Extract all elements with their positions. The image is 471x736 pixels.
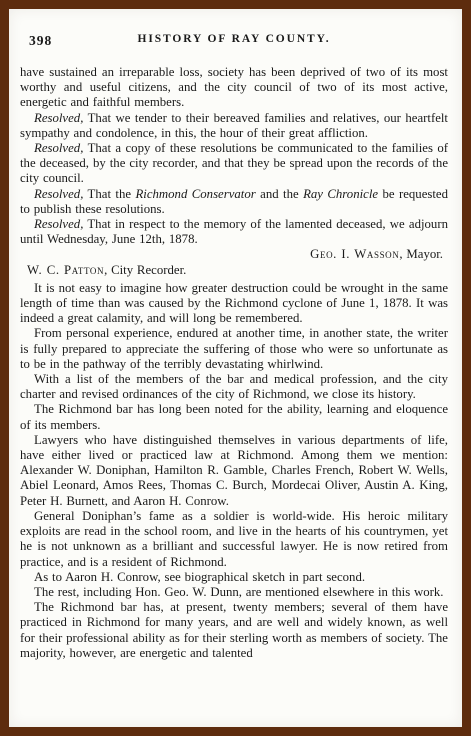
paragraph-twenty-members: The Richmond bar has, at present, twenty… <box>20 600 448 661</box>
paragraph-personal-experience: From personal experience, endured at ano… <box>20 326 448 372</box>
book-page: 398 HISTORY OF RAY COUNTY. have sustaine… <box>0 0 471 736</box>
paragraph-resolution-2: Resolved, That a copy of these resolutio… <box>20 141 448 187</box>
paragraph-conrow: As to Aaron H. Conrow, see biographical … <box>20 570 448 585</box>
paragraph-resolution-4: Resolved, That in respect to the memory … <box>20 217 448 247</box>
paragraph-doniphan: General Doniphan’s fame as a soldier is … <box>20 509 448 570</box>
body-text: General Doniphan’s fame as a soldier is … <box>20 509 448 569</box>
body-text: have sustained an irreparable loss, soci… <box>20 65 448 109</box>
italic-text: Richmond Conservator <box>135 187 255 201</box>
page-number: 398 <box>29 33 52 49</box>
body-text: That the <box>83 187 135 201</box>
body-text: , Mayor. <box>399 247 443 261</box>
body-text: With a list of the members of the bar an… <box>20 372 448 401</box>
body-text: The Richmond bar has, at present, twenty… <box>20 600 448 660</box>
body-text: , City Recorder. <box>104 263 186 277</box>
italic-text: Resolved, <box>34 141 83 155</box>
body-text: and the <box>256 187 303 201</box>
body-text: That in respect to the memory of the lam… <box>20 217 448 246</box>
smallcaps-name: W. C. Patton <box>27 263 104 277</box>
paragraph-lawyers: Lawyers who have distinguished themselve… <box>20 433 448 509</box>
body-text: As to Aaron H. Conrow, see biographical … <box>34 570 365 584</box>
paragraph-the-rest: The rest, including Hon. Geo. W. Dunn, a… <box>20 585 448 600</box>
body-text: From personal experience, endured at ano… <box>20 326 448 370</box>
body-text: The Richmond bar has long been noted for… <box>20 402 448 431</box>
paragraph-close-history: With a list of the members of the bar an… <box>20 372 448 402</box>
body-text: That we tender to their bereaved familie… <box>20 111 448 140</box>
italic-text: Resolved, <box>34 187 83 201</box>
body-text: The rest, including Hon. Geo. W. Dunn, a… <box>34 585 444 599</box>
italic-text: Resolved, <box>34 217 83 231</box>
body-text: Lawyers who have distinguished themselve… <box>20 433 448 508</box>
smallcaps-name: Geo. I. Wasson <box>310 247 399 261</box>
running-title: HISTORY OF RAY COUNTY. <box>20 33 448 45</box>
signature-mayor: Geo. I. Wasson, Mayor. <box>20 247 448 262</box>
body-text: That a copy of these resolutions be comm… <box>20 141 448 185</box>
paragraph-resolution-1: Resolved, That we tender to their bereav… <box>20 111 448 141</box>
italic-text: Ray Chronicle <box>303 187 378 201</box>
page-body: have sustained an irreparable loss, soci… <box>20 65 448 661</box>
signature-city-recorder: W. C. Patton, City Recorder. <box>20 263 448 278</box>
paragraph-resolution-3: Resolved, That the Richmond Conservator … <box>20 187 448 217</box>
page-header: 398 HISTORY OF RAY COUNTY. <box>20 33 448 50</box>
body-text: It is not easy to imagine how greater de… <box>20 281 448 325</box>
paragraph-cyclone: It is not easy to imagine how greater de… <box>20 281 448 327</box>
paragraph-continuation: have sustained an irreparable loss, soci… <box>20 65 448 111</box>
paragraph-richmond-bar: The Richmond bar has long been noted for… <box>20 402 448 432</box>
italic-text: Resolved, <box>34 111 83 125</box>
